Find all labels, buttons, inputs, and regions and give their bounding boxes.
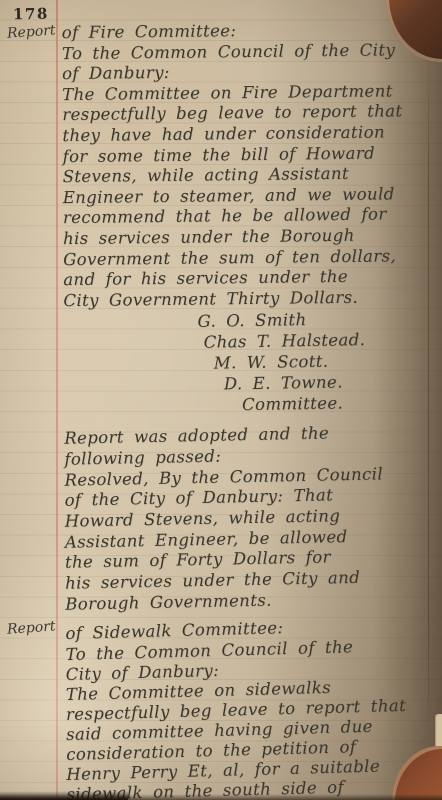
manuscript-text: of Fire Committee: To the Common Council…	[62, 0, 439, 800]
fire-report-section: of Fire Committee: To the Common Council…	[62, 20, 436, 311]
page-number: 178	[13, 5, 49, 24]
ledger-page-photo: 178 Report Report of Fire Committee: To …	[0, 0, 442, 800]
committee-signatures: G. O. Smith Chas T. Halstead. M. W. Scot…	[63, 310, 436, 416]
resolution-section: Report was adopted and the following pas…	[64, 424, 437, 612]
bottom-left-shadow	[0, 791, 128, 800]
red-margin-line	[56, 0, 58, 800]
sidewalk-report-section: of Sidewalk Committee: To the Common Cou…	[65, 618, 438, 800]
manuscript-line: City Government Thirty Dollars.	[63, 287, 435, 312]
page-edge-line	[428, 58, 430, 744]
